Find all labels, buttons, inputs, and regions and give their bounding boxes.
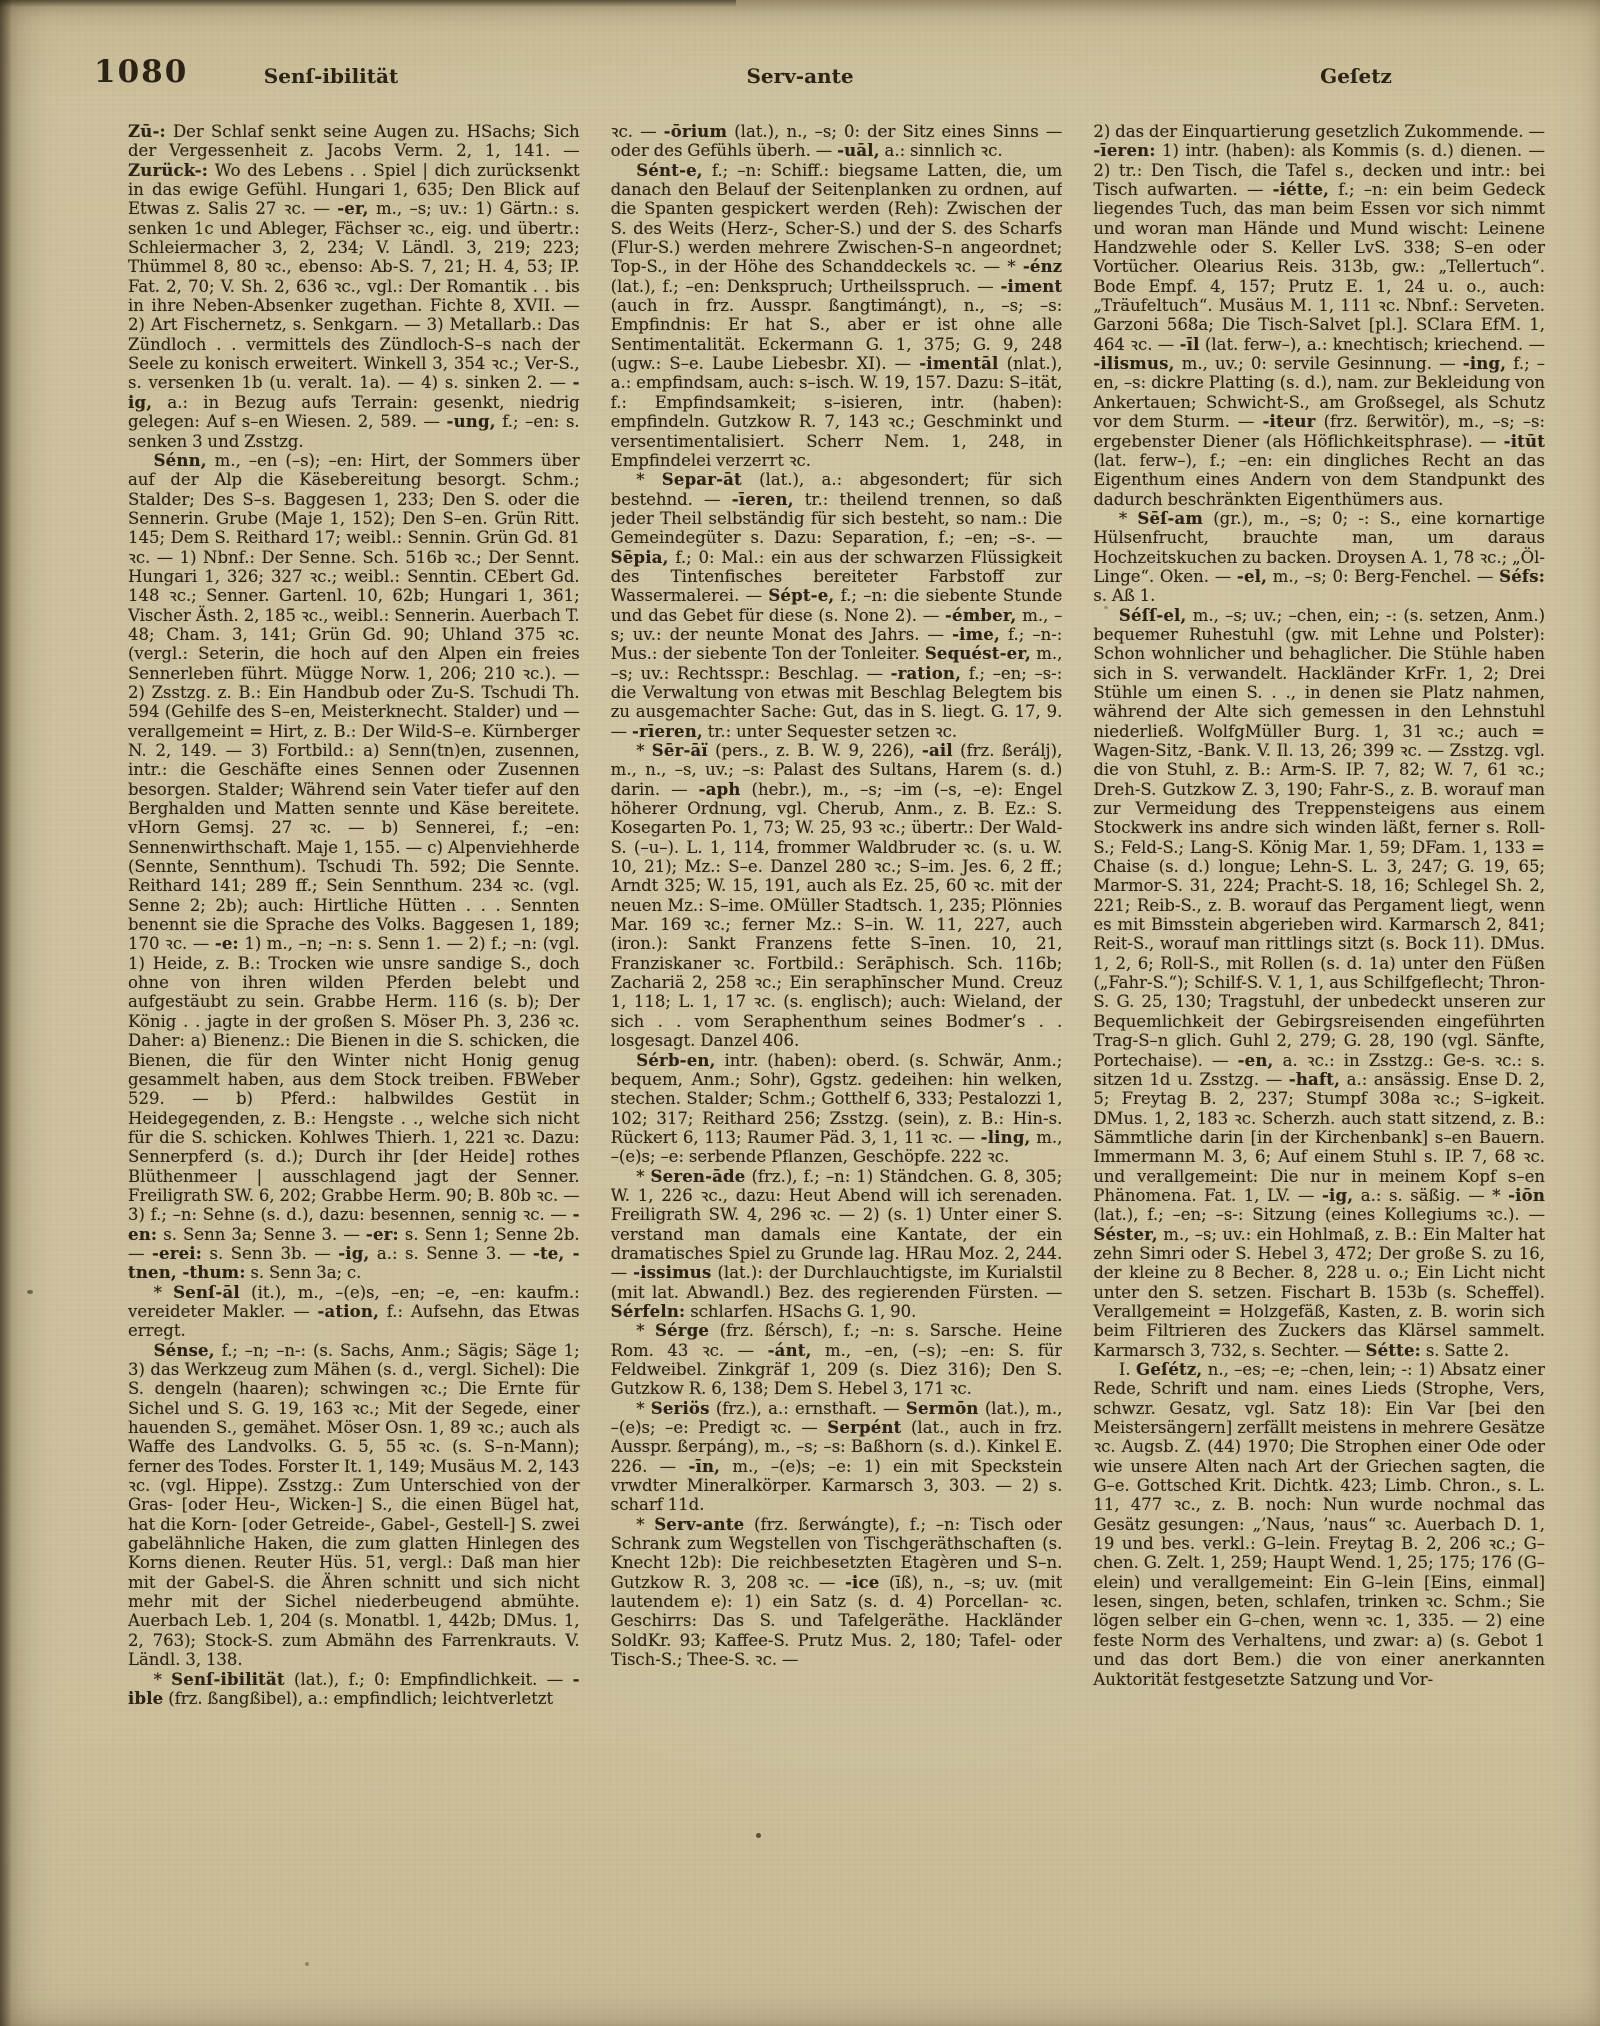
- dictionary-paragraph: * Serv-ante (frz. ßerwángte), f.; –n: Ti…: [611, 1515, 1063, 1670]
- dictionary-paragraph: Sénse, f.; –n; –n-: (s. Sachs, Anm.; Säg…: [128, 1341, 580, 1670]
- dictionary-page: 1080 Senſ-ibilität Serv-ante Geſetz Zū-:…: [0, 0, 1600, 2026]
- page-number: 1080: [94, 54, 188, 90]
- dictionary-paragraph: Sént-e, f.; –n: Schiff.: biegsame Latten…: [611, 161, 1063, 471]
- dictionary-paragraph: * Senſ-āl (it.), m., –(e)s, –en; –e, –en…: [128, 1283, 580, 1341]
- dictionary-paragraph: * Sēr-āï (pers., z. B. W. 9, 226), -ail …: [611, 741, 1063, 1051]
- page-edge-shadow-left: [0, 0, 12, 2026]
- dictionary-paragraph: * Seren-āde (frz.), f.; –n: 1) Ständchen…: [611, 1167, 1063, 1322]
- running-head-right: Geſetz: [1320, 64, 1392, 88]
- text-column-3: 2) das der Einquartierung gesetzlich Zuk…: [1093, 122, 1545, 1918]
- page-edge-shadow-top: [0, 0, 736, 7]
- dictionary-paragraph: 2) das der Einquartierung gesetzlich Zuk…: [1093, 122, 1545, 509]
- ink-speck: [305, 1962, 309, 1966]
- ink-speck: [1104, 606, 1108, 609]
- text-column-1: Zū-: Der Schlaf senkt seine Augen zu. HS…: [128, 122, 580, 1918]
- dictionary-paragraph: Zū-: Der Schlaf senkt seine Augen zu. HS…: [128, 122, 580, 451]
- dictionary-paragraph: * Sérge (frz. ßérsch), f.; –n: s. Sarsch…: [611, 1321, 1063, 1398]
- dictionary-paragraph: * Senſ-ibilität (lat.), f.; 0: Empfindli…: [128, 1670, 580, 1709]
- dictionary-paragraph: Séſſ-el, m., –s; uv.; –chen, ein; -: (s.…: [1093, 606, 1545, 1360]
- dictionary-paragraph: ꝛc. — -ōrium (lat.), n., –s; 0: der Sitz…: [611, 122, 1063, 161]
- text-column-2: ꝛc. — -ōrium (lat.), n., –s; 0: der Sitz…: [611, 122, 1063, 1918]
- running-head-left: Senſ-ibilität: [264, 64, 398, 88]
- ink-speck: [27, 1290, 33, 1294]
- dictionary-paragraph: Sénn, m., –en (–s); –en: Hirt, der Somme…: [128, 451, 580, 1283]
- dictionary-paragraph: * Seriös (frz.), a.: ernsthaft. — Sermōn…: [611, 1399, 1063, 1515]
- ink-speck: [756, 1833, 761, 1838]
- text-columns: Zū-: Der Schlaf senkt seine Augen zu. HS…: [128, 122, 1545, 1918]
- running-head-center: Serv-ante: [746, 64, 853, 88]
- dictionary-paragraph: I. Geſétz, n., –es; –e; –chen, lein; -: …: [1093, 1360, 1545, 1689]
- dictionary-paragraph: * Sēſ-am (gr.), m., –s; 0; -: S., eine k…: [1093, 509, 1545, 606]
- dictionary-paragraph: * Separ-āt (lat.), a.: abgesondert; für …: [611, 470, 1063, 741]
- dictionary-paragraph: Sérb-en, intr. (haben): oberd. (s. Schwä…: [611, 1051, 1063, 1167]
